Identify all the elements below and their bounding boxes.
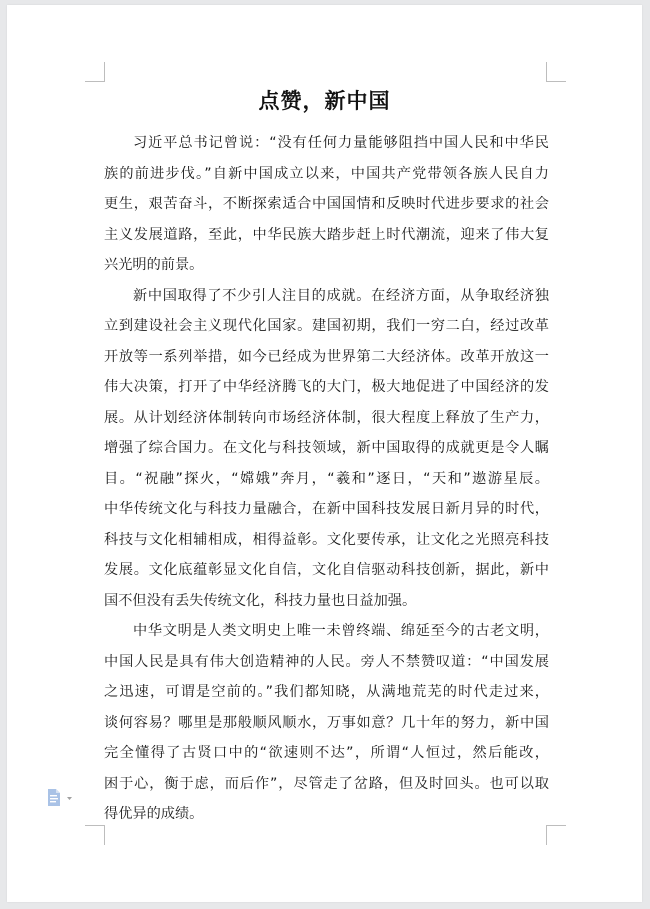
text-line: 更生，艰苦奋斗，不断探索适合中国国情和反映时代进步要求的社会: [104, 189, 549, 220]
margin-corner-top-right: [546, 62, 566, 82]
document-icon: [47, 788, 81, 808]
text-line: 中华文明是人类文明史上唯一未曾终端、绵延至今的古老文明，: [104, 616, 549, 647]
text-line: 立到建设社会主义现代化国家。建国初期，我们一穷二白，经过改革: [104, 311, 549, 342]
document-title: 点赞，新中国: [7, 85, 642, 115]
text-line: 习近平总书记曾说：“没有任何力量能够阻挡中国人民和中华民: [104, 128, 549, 159]
chevron-down-icon: [67, 797, 72, 800]
paragraph: 中华文明是人类文明史上唯一未曾终端、绵延至今的古老文明， 中国人民是具有伟大创造…: [104, 616, 549, 830]
document-page[interactable]: 点赞，新中国 习近平总书记曾说：“没有任何力量能够阻挡中国人民和中华民 族的前进…: [7, 5, 642, 902]
text-line: 完全懂得了古贤口中的“欲速则不达”，所谓“人恒过，然后能改，: [104, 738, 549, 769]
text-line: 困于心，衡于虑，而后作”，尽管走了岔路，但及时回头。也可以取: [104, 769, 549, 800]
text-line: 目。“祝融”探火，“嫦娥”奔月，“羲和”逐日，“天和”遨游星辰。: [104, 464, 549, 495]
text-line: 族的前进步伐。”自新中国成立以来，中国共产党带领各族人民自力: [104, 159, 549, 190]
margin-corner-top-left: [85, 62, 105, 82]
text-line: 中华传统文化与科技力量融合，在新中国科技发展日新月异的时代，: [104, 494, 549, 525]
text-line: 伟大决策，打开了中华经济腾飞的大门，极大地促进了中国经济的发: [104, 372, 549, 403]
text-line: 增强了综合国力。在文化与科技领域，新中国取得的成就更是令人瞩: [104, 433, 549, 464]
margin-corner-bottom-left: [85, 825, 105, 845]
text-line: 之迅速，可谓是空前的。”我们都知晓，从满地荒芜的时代走过来，: [104, 677, 549, 708]
text-line: 国不但没有丢失传统文化，科技力量也日益加强。: [104, 586, 549, 617]
text-line: 开放等一系列举措，如今已经成为世界第二大经济体。改革开放这一: [104, 342, 549, 373]
text-line: 科技与文化相辅相成，相得益彰。文化要传承，让文化之光照亮科技: [104, 525, 549, 556]
text-line: 新中国取得了不少引人注目的成就。在经济方面，从争取经济独: [104, 281, 549, 312]
margin-corner-bottom-right: [546, 825, 566, 845]
document-body[interactable]: 习近平总书记曾说：“没有任何力量能够阻挡中国人民和中华民 族的前进步伐。”自新中…: [104, 128, 549, 830]
text-line: 兴光明的前景。: [104, 250, 549, 281]
text-line: 谈何容易？哪里是那般顺风顺水，万事如意？几十年的努力，新中国: [104, 708, 549, 739]
paragraph: 习近平总书记曾说：“没有任何力量能够阻挡中国人民和中华民 族的前进步伐。”自新中…: [104, 128, 549, 281]
text-line: 发展。文化底蕴彰显文化自信，文化自信驱动科技创新，据此，新中: [104, 555, 549, 586]
text-line: 主义发展道路，至此，中华民族大踏步赶上时代潮流，迎来了伟大复: [104, 220, 549, 251]
paragraph: 新中国取得了不少引人注目的成就。在经济方面，从争取经济独 立到建设社会主义现代化…: [104, 281, 549, 617]
text-line: 展。从计划经济体制转向市场经济体制，很大程度上释放了生产力，: [104, 403, 549, 434]
text-line: 得优异的成绩。: [104, 799, 549, 830]
text-line: 中国人民是具有伟大创造精神的人民。旁人不禁赞叹道：“中国发展: [104, 647, 549, 678]
paste-options-button[interactable]: [47, 788, 81, 808]
